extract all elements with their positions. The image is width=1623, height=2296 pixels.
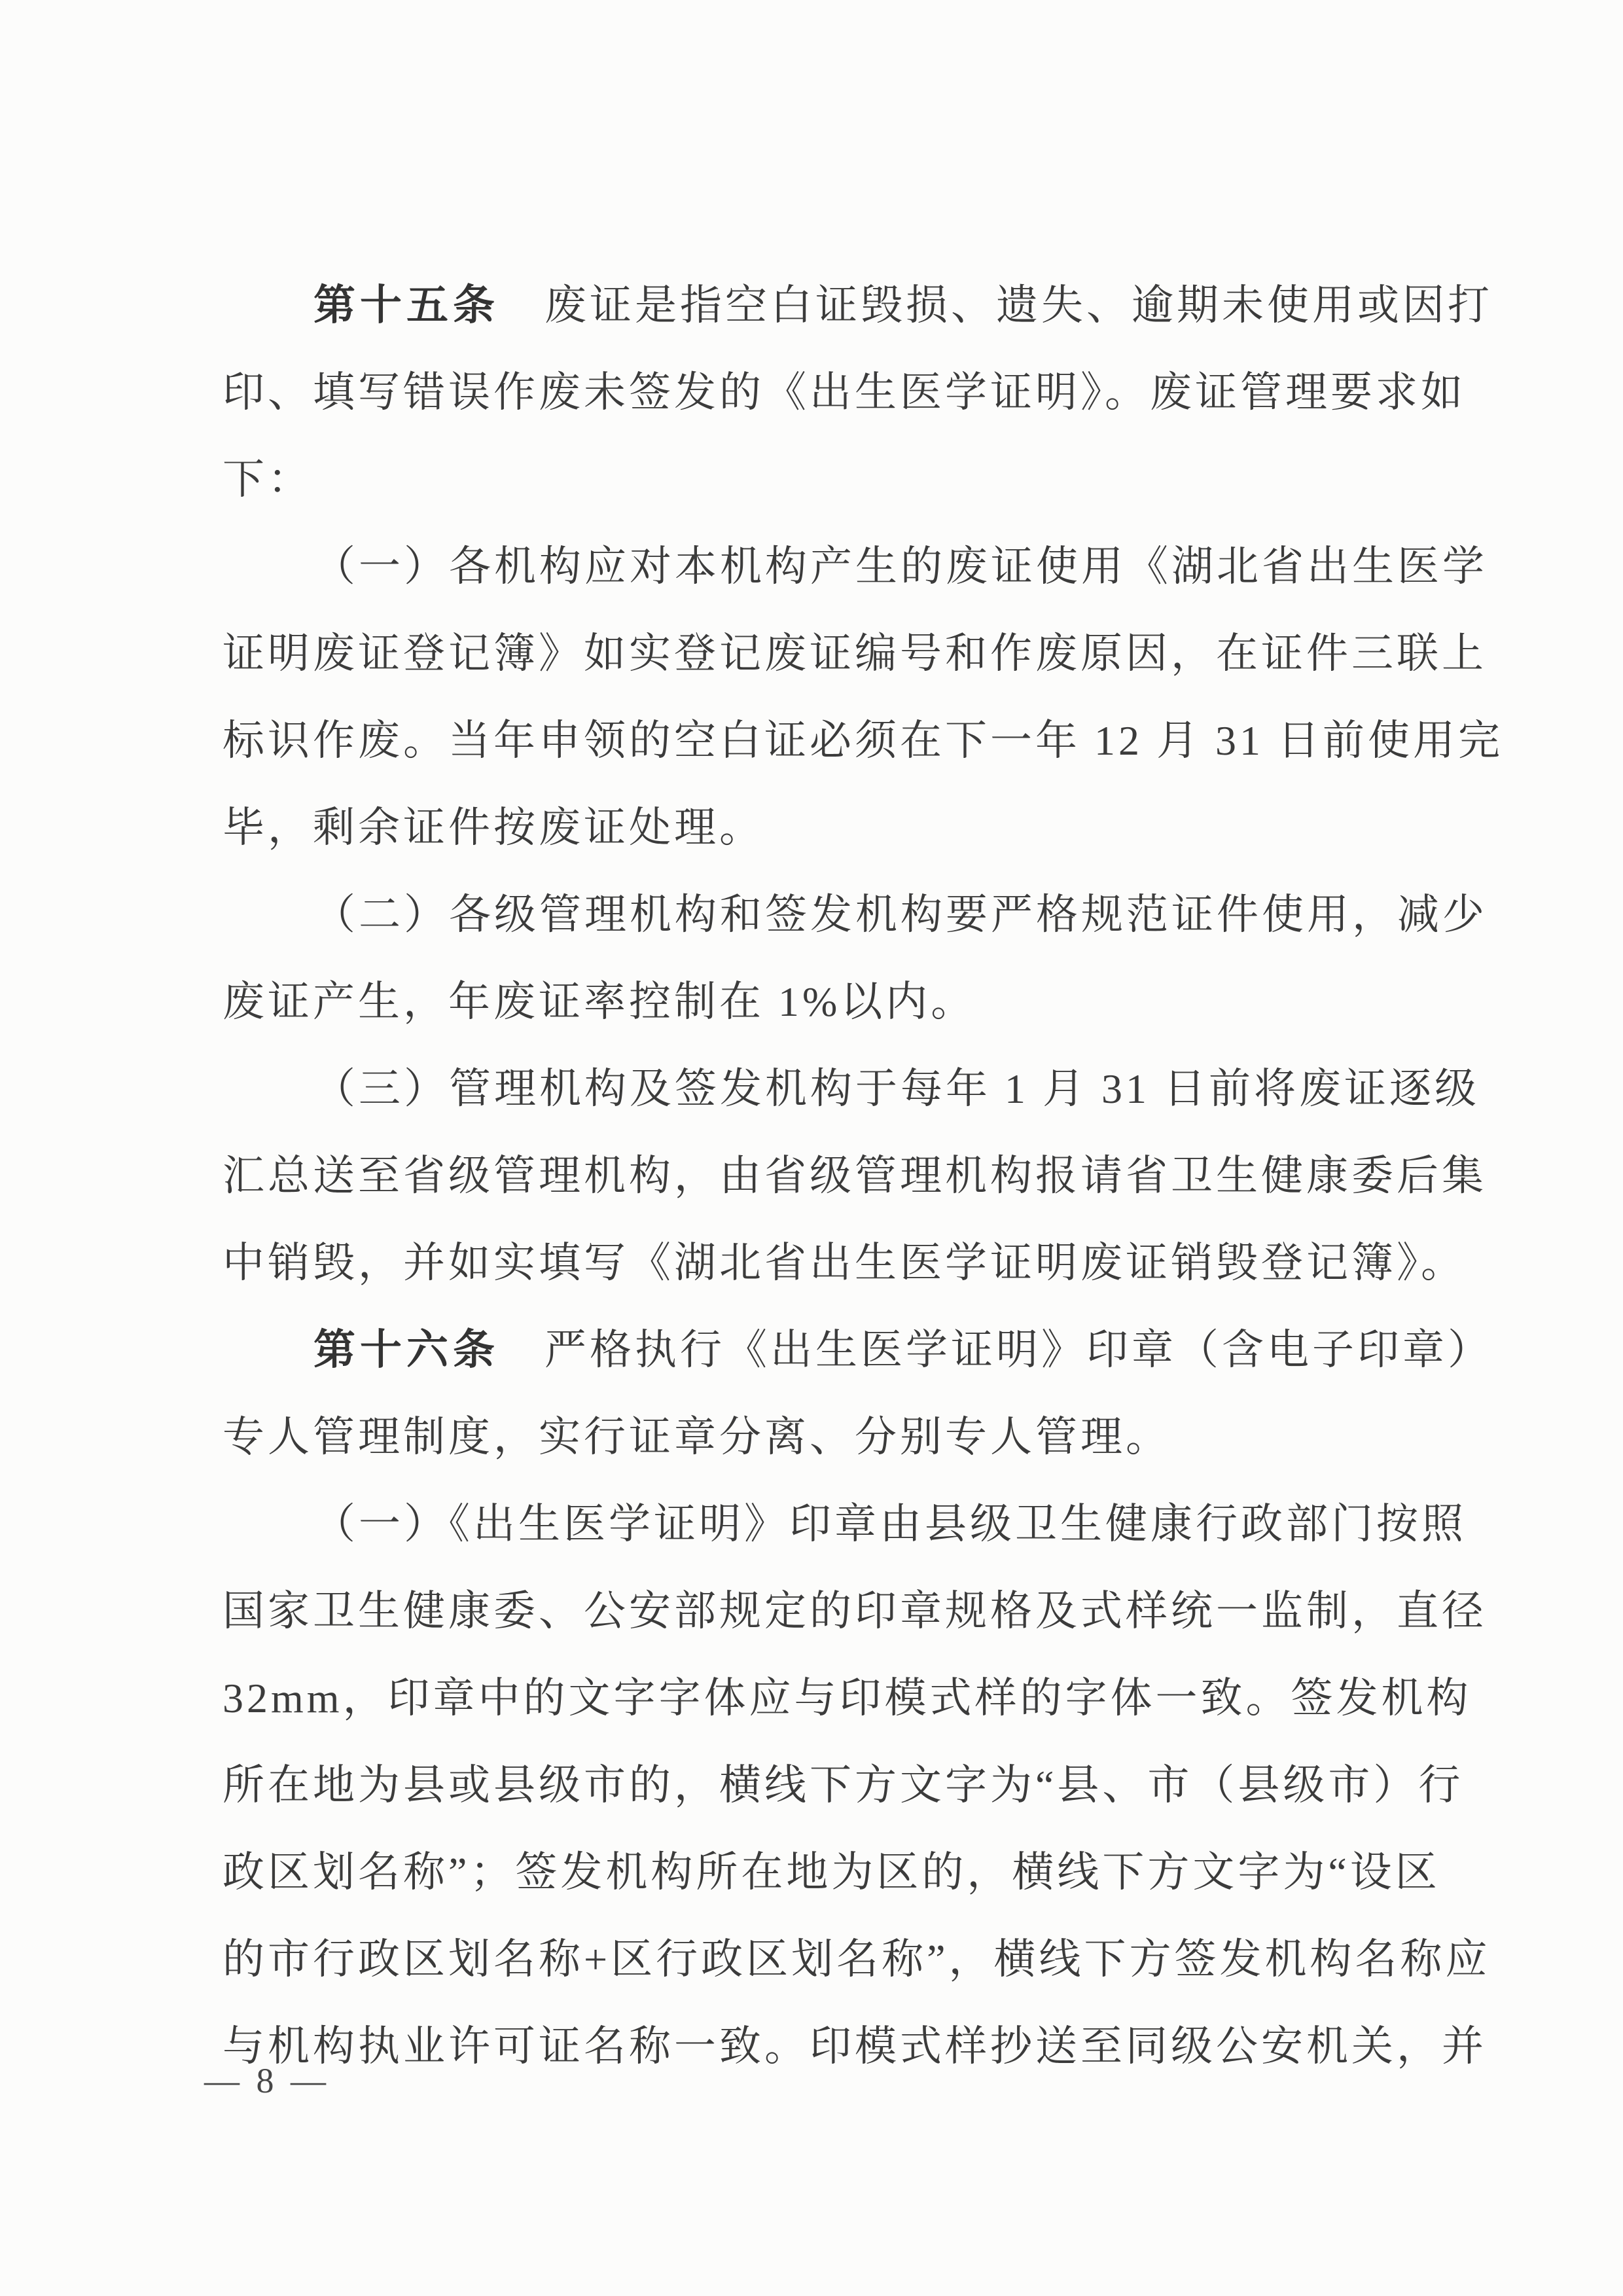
line-text: 的市行政区划名称+区行政区划名称”，横线下方签发机构名称应 xyxy=(223,1936,1491,1982)
text-line: （一）《出生医学证明》印章由县级卫生健康行政部门按照 xyxy=(223,1480,1499,1568)
article-number: 第十六条 xyxy=(313,1327,499,1373)
text-line: （二）各级管理机构和签发机构要严格规范证件使用，减少 xyxy=(223,871,1499,958)
text-line: 政区划名称”；签发机构所在地为区的，横线下方文字为“设区 xyxy=(223,1829,1499,1916)
text-line: 印、填写错误作废未签发的《出生医学证明》。废证管理要求如 xyxy=(223,349,1499,436)
line-text: （二）各级管理机构和签发机构要严格规范证件使用，减少 xyxy=(313,891,1488,938)
text-line: （三）管理机构及签发机构于每年 1 月 31 日前将废证逐级 xyxy=(223,1045,1499,1132)
text-line: 第十五条 废证是指空白证毁损、遗失、逾期未使用或因打 xyxy=(223,262,1499,349)
document-page: 第十五条 废证是指空白证毁损、遗失、逾期未使用或因打印、填写错误作废未签发的《出… xyxy=(0,0,1623,2296)
line-text: （一）《出生医学证明》印章由县级卫生健康行政部门按照 xyxy=(313,1501,1467,1547)
text-line: 的市行政区划名称+区行政区划名称”，横线下方签发机构名称应 xyxy=(223,1916,1499,2003)
text-line: 汇总送至省级管理机构，由省级管理机构报请省卫生健康委后集 xyxy=(223,1132,1499,1219)
line-text: 汇总送至省级管理机构，由省级管理机构报请省卫生健康委后集 xyxy=(223,1153,1487,1199)
line-text: 专人管理制度，实行证章分离、分别专人管理。 xyxy=(223,1414,1171,1460)
line-text: 32mm，印章中的文字字体应与印模式样的字体一致。签发机构 xyxy=(223,1675,1472,1721)
line-text: 与机构执业许可证名称一致。印模式样抄送至同级公安机关，并 xyxy=(223,2023,1487,2070)
text-line: 第十六条 严格执行《出生医学证明》印章（含电子印章） xyxy=(223,1306,1499,1393)
text-line: 证明废证登记簿》如实登记废证编号和作废原因，在证件三联上 xyxy=(223,610,1499,697)
line-text: 国家卫生健康委、公安部规定的印章规格及式样统一监制，直径 xyxy=(223,1588,1487,1634)
line-text: 中销毁，并如实填写《湖北省出生医学证明废证销毁登记簿》。 xyxy=(223,1240,1466,1286)
text-line: 标识作废。当年申领的空白证必须在下一年 12 月 31 日前使用完 xyxy=(223,697,1499,784)
line-text: 标识作废。当年申领的空白证必须在下一年 12 月 31 日前使用完 xyxy=(223,717,1503,764)
text-line: 毕，剩余证件按废证处理。 xyxy=(223,784,1499,871)
text-line: 废证产生，年废证率控制在 1%以内。 xyxy=(223,958,1499,1045)
line-text: 下： xyxy=(223,456,313,503)
line-text: 印、填写错误作废未签发的《出生医学证明》。废证管理要求如 xyxy=(223,369,1466,416)
text-line: 32mm，印章中的文字字体应与印模式样的字体一致。签发机构 xyxy=(223,1655,1499,1742)
text-line: 下： xyxy=(223,436,1499,523)
article-number: 第十五条 xyxy=(313,282,499,329)
text-line: 中销毁，并如实填写《湖北省出生医学证明废证销毁登记簿》。 xyxy=(223,1219,1499,1306)
line-text: 证明废证登记簿》如实登记废证编号和作废原因，在证件三联上 xyxy=(223,630,1487,677)
line-text: 严格执行《出生医学证明》印章（含电子印章） xyxy=(499,1327,1493,1373)
line-text: 废证是指空白证毁损、遗失、逾期未使用或因打 xyxy=(499,282,1493,329)
text-line: （一）各机构应对本机构产生的废证使用《湖北省出生医学 xyxy=(223,523,1499,610)
line-text: 毕，剩余证件按废证处理。 xyxy=(223,804,764,851)
text-line: 国家卫生健康委、公安部规定的印章规格及式样统一监制，直径 xyxy=(223,1568,1499,1655)
page-number: — 8 — xyxy=(204,2060,330,2101)
line-text: （一）各机构应对本机构产生的废证使用《湖北省出生医学 xyxy=(313,543,1488,590)
text-line: 所在地为县或县级市的，横线下方文字为“县、市（县级市）行 xyxy=(223,1742,1499,1829)
line-text: 废证产生，年废证率控制在 1%以内。 xyxy=(223,978,976,1025)
line-text: 所在地为县或县级市的，横线下方文字为“县、市（县级市）行 xyxy=(223,1762,1463,1808)
text-line: 与机构执业许可证名称一致。印模式样抄送至同级公安机关，并 xyxy=(223,2003,1499,2090)
line-text: （三）管理机构及签发机构于每年 1 月 31 日前将废证逐级 xyxy=(313,1066,1480,1112)
text-line: 专人管理制度，实行证章分离、分别专人管理。 xyxy=(223,1393,1499,1480)
line-text: 政区划名称”；签发机构所在地为区的，横线下方文字为“设区 xyxy=(223,1849,1440,1895)
document-body: 第十五条 废证是指空白证毁损、遗失、逾期未使用或因打印、填写错误作废未签发的《出… xyxy=(223,262,1499,2090)
